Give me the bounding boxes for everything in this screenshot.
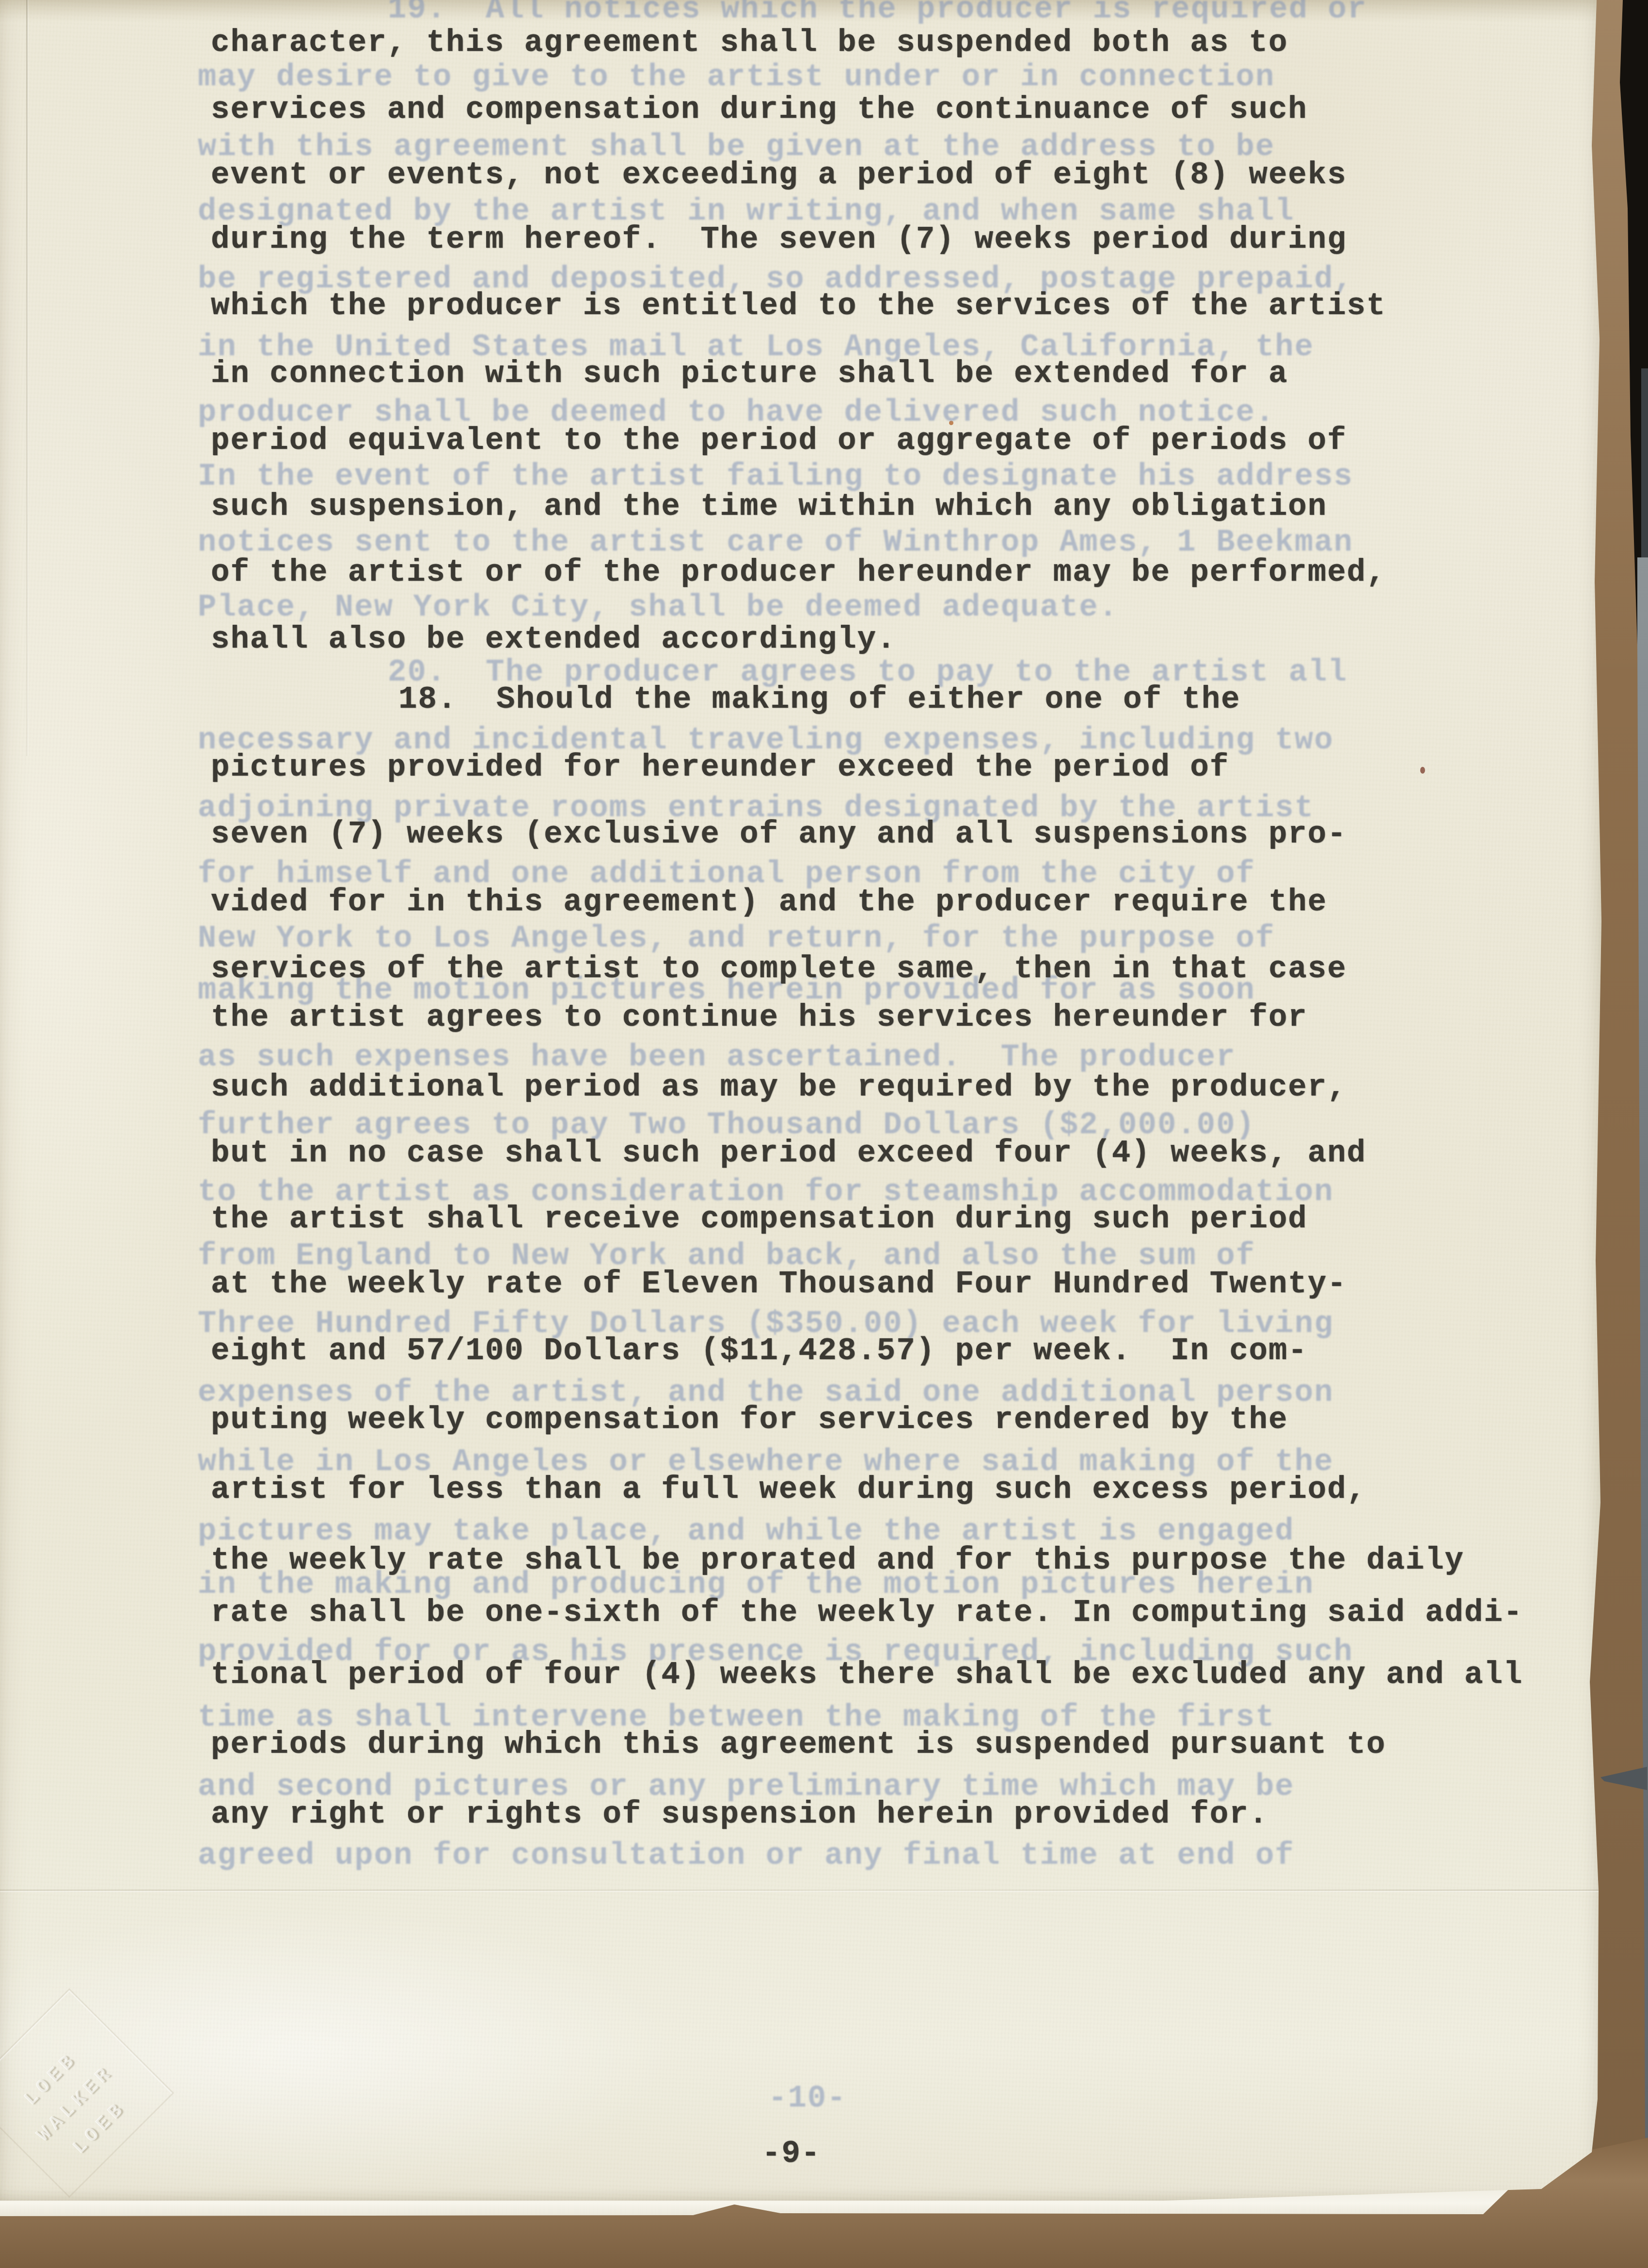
typed-line: shall also be extended accordingly.	[211, 624, 896, 655]
page-number: -9-	[762, 2139, 821, 2170]
typed-line: rate shall be one-sixth of the weekly ra…	[211, 1598, 1523, 1629]
typed-line: such additional period as may be require…	[211, 1072, 1347, 1103]
typed-line: seven (7) weeks (exclusive of any and al…	[211, 819, 1347, 850]
typed-line: of the artist or of the producer hereund…	[211, 557, 1386, 588]
typed-line: 18. Should the making of either one of t…	[398, 684, 1240, 715]
scanner-background-strip	[1641, 368, 1648, 572]
typed-line: which the producer is entitled to the se…	[211, 291, 1386, 322]
typed-line: such suspension, and the time within whi…	[211, 492, 1327, 523]
typed-line: in connection with such picture shall be…	[211, 359, 1288, 390]
typed-line: eight and 57/100 Dollars ($11,428.57) pe…	[211, 1336, 1308, 1367]
typed-line: pictures provided for hereunder exceed t…	[211, 752, 1229, 783]
typed-line: the artist shall receive compensation du…	[211, 1204, 1308, 1235]
typed-line: at the weekly rate of Eleven Thousand Fo…	[211, 1269, 1347, 1300]
typed-line: services and compensation during the con…	[211, 95, 1308, 126]
paper-sheet: LOEB WALKER LOEB -10- 19. All notices wh…	[0, 0, 1607, 2205]
typed-line: any right or rights of suspension herein…	[211, 1799, 1268, 1830]
typed-line: puting weekly compensation for services …	[211, 1405, 1288, 1436]
typed-line: periods during which this agreement is s…	[211, 1729, 1386, 1760]
typed-line: event or events, not exceeding a period …	[211, 160, 1347, 191]
typed-text-layer: -9- character, this agreement shall be s…	[0, 0, 1607, 2205]
typed-line: services of the artist to complete same,…	[211, 954, 1347, 985]
typed-line: character, this agreement shall be suspe…	[211, 28, 1288, 59]
typed-line: during the term hereof. The seven (7) we…	[211, 224, 1347, 255]
typed-line: period equivalent to the period or aggre…	[211, 426, 1347, 457]
typed-line: tional period of four (4) weeks there sh…	[211, 1660, 1523, 1691]
scanned-document: LOEB WALKER LOEB -10- 19. All notices wh…	[0, 0, 1648, 2268]
typed-line: the weekly rate shall be prorated and fo…	[211, 1545, 1464, 1576]
typed-line: artist for less than a full week during …	[211, 1475, 1366, 1506]
typed-line: vided for in this agreement) and the pro…	[211, 887, 1327, 918]
typed-line: but in no case shall such period exceed …	[211, 1138, 1366, 1169]
typed-line: the artist agrees to continue his servic…	[211, 1002, 1308, 1033]
